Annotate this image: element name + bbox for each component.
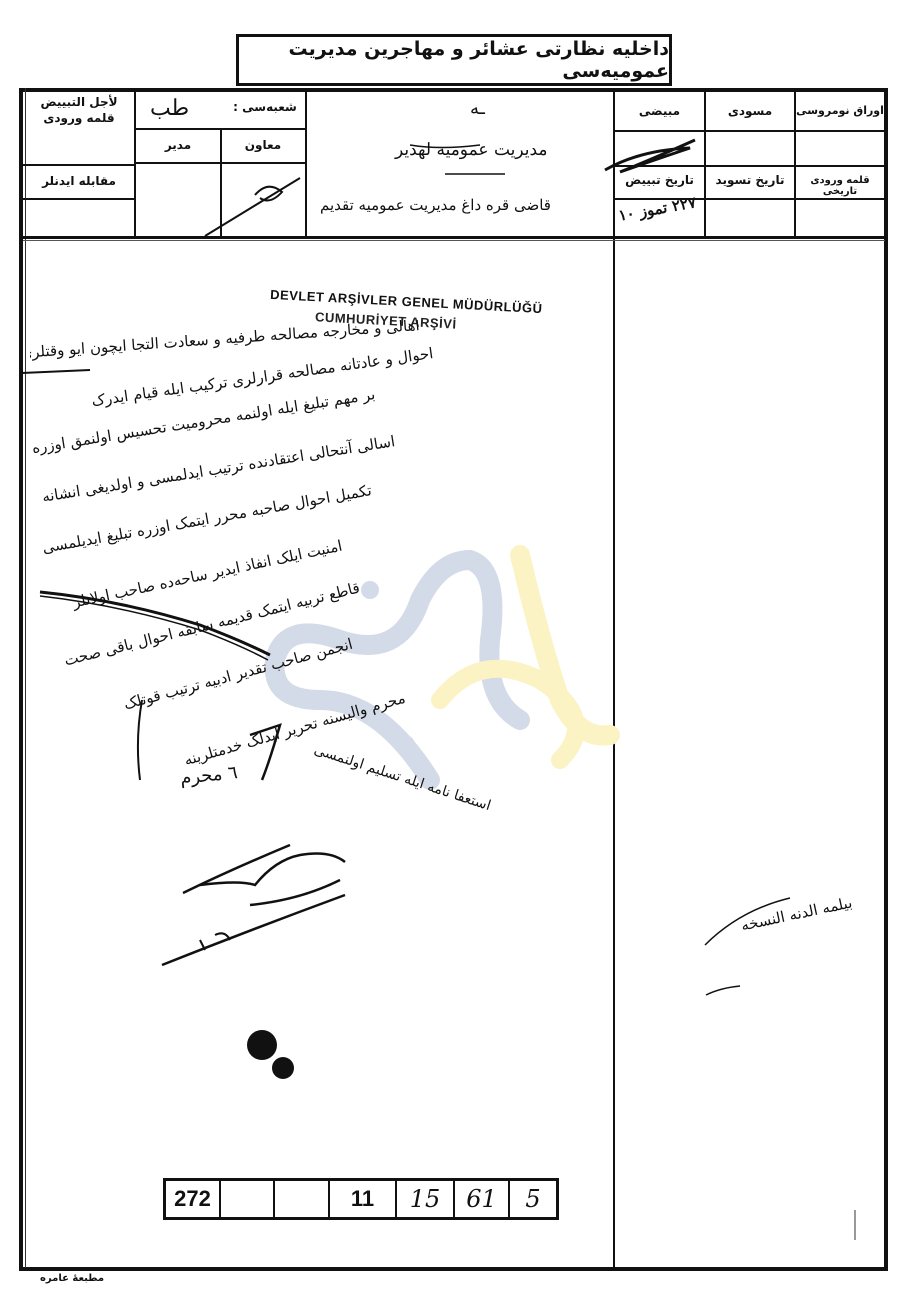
printer-mark: مطبعهٔ عامره [40,1273,104,1284]
archive-number-boxes: 272 11 15 61 5 [163,1178,559,1220]
archive-number-cell: 15 [397,1181,455,1217]
archive-number-cell: 5 [510,1181,556,1217]
archive-number-cell: 11 [330,1181,397,1217]
archive-number-cell [221,1181,275,1217]
archive-number-cell: 272 [166,1181,221,1217]
archive-number-cell [275,1181,330,1217]
pen-strokes [0,0,915,1308]
archive-number-cell: 61 [455,1181,510,1217]
